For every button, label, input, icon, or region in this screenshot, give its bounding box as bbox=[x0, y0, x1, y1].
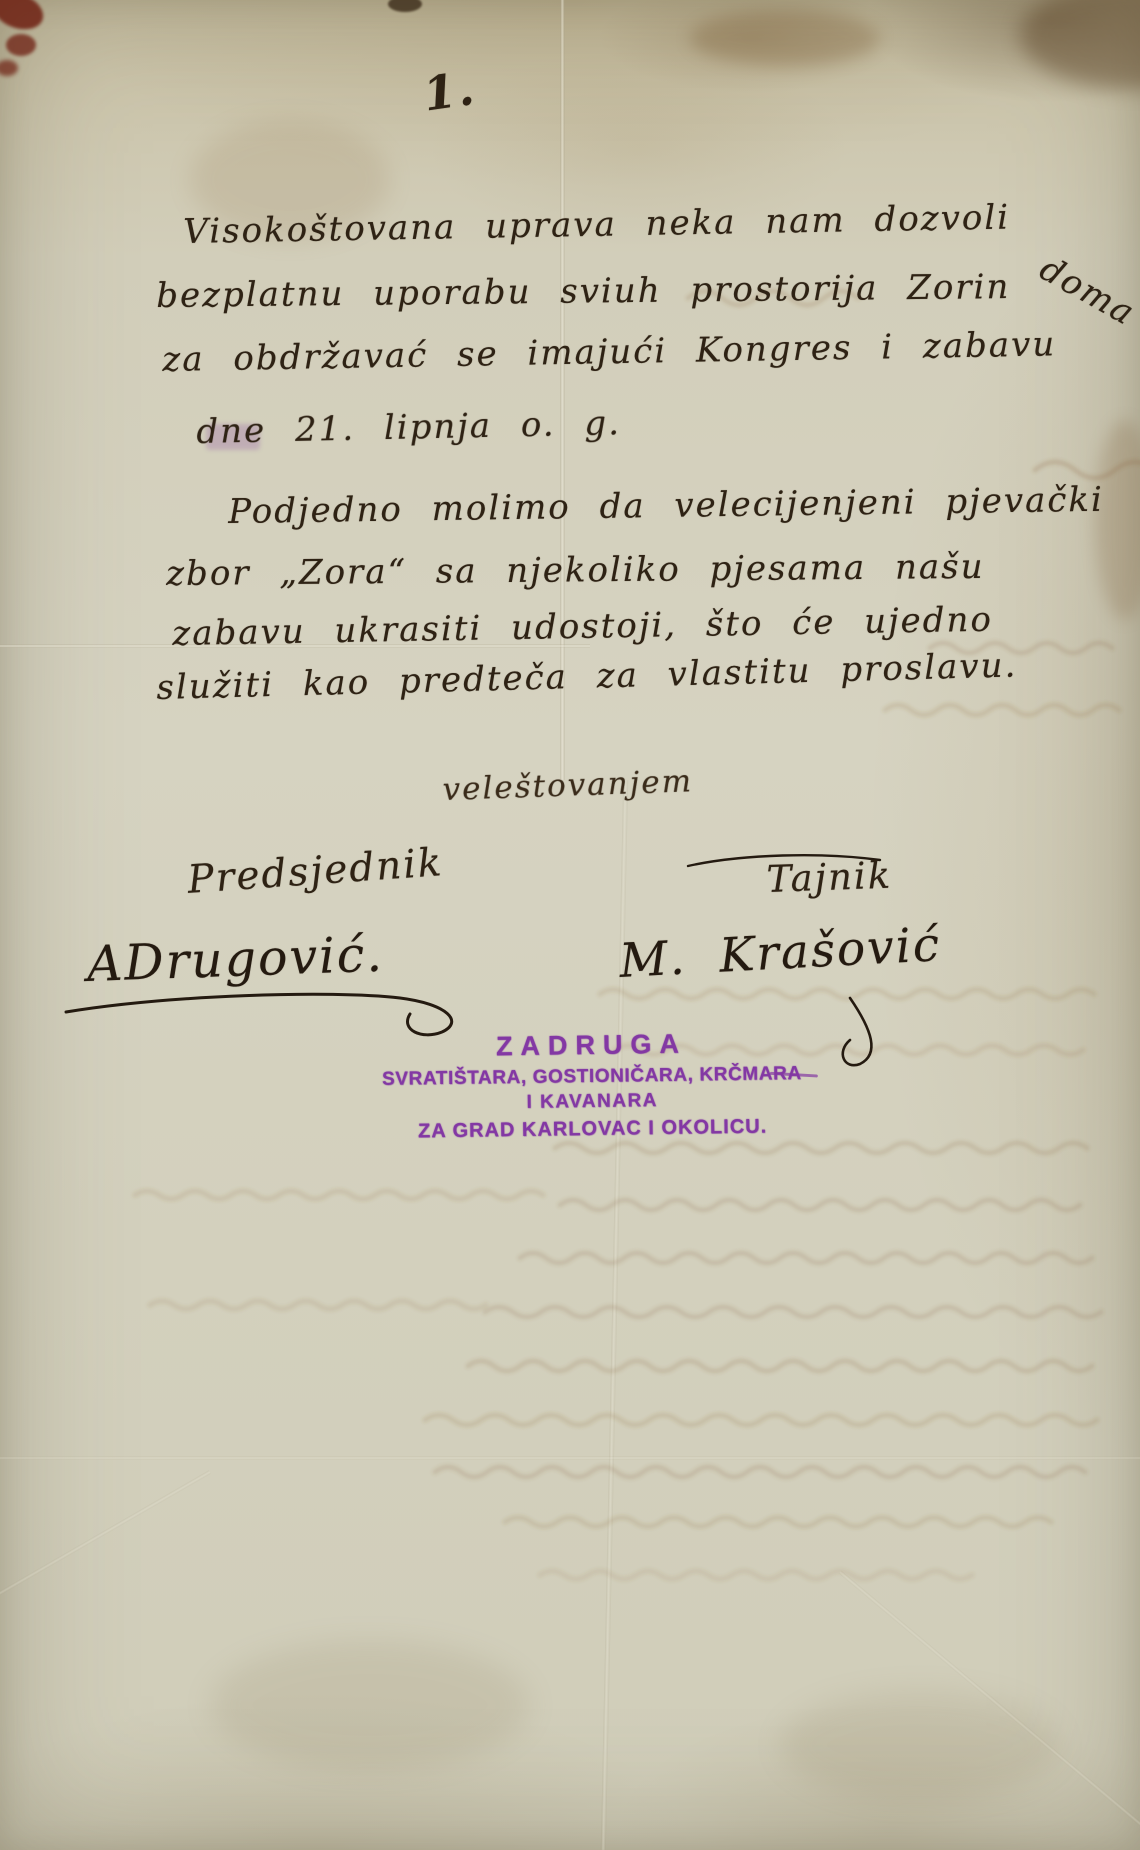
fold-crease-diagonal-br bbox=[839, 1570, 1140, 1830]
stamp-org-name: ZADRUGA bbox=[317, 1026, 865, 1065]
smudge-top-middle bbox=[690, 10, 880, 66]
ink-stain-red-1 bbox=[0, 0, 48, 36]
stamp-line-3: I KAVANARA bbox=[318, 1087, 866, 1117]
ink-stain-top-center bbox=[388, 0, 422, 12]
stamp-line-4: ZA GRAD KARLOVAC I OKOLICU. bbox=[318, 1114, 866, 1145]
secretary-title: Tajnik bbox=[766, 854, 893, 901]
letter-line-2-text: bezplatnu uporabu sviuh prostorija Zorin bbox=[156, 267, 1011, 316]
fold-crease-horizontal-2 bbox=[0, 1456, 1140, 1460]
letter-line-6: zbor „Zora“ sa njekoliko pjesama našu bbox=[166, 547, 985, 594]
document-page: 1. Visokoštovana uprava neka nam dozvoli… bbox=[0, 0, 1140, 1850]
smudge-top-right bbox=[1020, 0, 1140, 90]
smudge-bottom-right bbox=[780, 1690, 1060, 1800]
president-title: Predsjednik bbox=[186, 840, 445, 903]
letter-line-5: Podjedno molimo da velecijenjeni pjevačk… bbox=[228, 480, 1104, 532]
letter-line-2-tail: doma bbox=[1033, 249, 1140, 334]
letter-line-2: bezplatnu uporabu sviuh prostorija Zorin… bbox=[156, 266, 1140, 316]
letter-line-7: zabavu ukrasiti udostoji, što će ujedno bbox=[172, 600, 993, 654]
smudge-bottom-left bbox=[210, 1640, 530, 1770]
fold-crease-diagonal-bl bbox=[0, 1470, 211, 1623]
letter-line-1: Visokoštovana uprava neka nam dozvoli bbox=[183, 198, 1010, 252]
ink-stain-red-3 bbox=[0, 60, 18, 76]
president-signature: ADrugović. bbox=[86, 926, 385, 993]
letter-line-4: dne 21. lipnja o. g. bbox=[196, 403, 621, 452]
smudge-right-edge bbox=[1095, 420, 1140, 620]
secretary-signature: M. Krašović bbox=[618, 917, 942, 989]
ink-stain-red-2 bbox=[6, 34, 36, 56]
cooperative-stamp: ZADRUGA SVRATIŠTARA, GOSTIONIČARA, KRČMA… bbox=[317, 1026, 866, 1145]
page-number: 1. bbox=[420, 61, 479, 122]
letter-line-3: za obdržavać se imajući Kongres i zabavu bbox=[162, 324, 1056, 380]
closing-salutation: veleštovanjem bbox=[442, 763, 694, 808]
letter-line-8: služiti kao predteča za vlastitu proslav… bbox=[156, 645, 1018, 708]
